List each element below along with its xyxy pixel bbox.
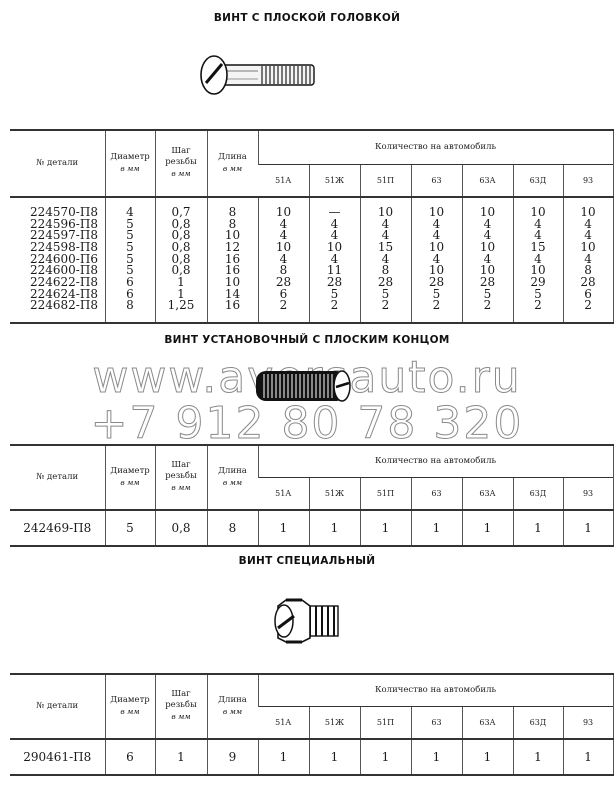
header-qty-per-vehicle: Количество на автомобиль (258, 445, 613, 477)
header-model: 51П (360, 706, 411, 739)
header-part-no: № детали (10, 130, 105, 197)
qty-column: 104410482862 (563, 197, 613, 323)
header-model: 51А (258, 706, 309, 739)
qty-column: 104410482862 (258, 197, 309, 323)
qty: 1 (411, 739, 462, 775)
slotted-flat-head-screw-icon (196, 52, 322, 102)
special-screw-icon (270, 598, 342, 648)
header-qty-per-vehicle: Количество на автомобиль (258, 130, 613, 164)
table-cell: 16 (208, 300, 258, 312)
length: 9 (207, 739, 258, 775)
qty: 1 (258, 739, 309, 775)
thread-pitch: 0,8 (155, 510, 207, 546)
diameter-column: 455555668 (105, 197, 155, 323)
diameter: 5 (105, 510, 155, 546)
pitch-column: 0,70,80,80,80,80,8111,25 (155, 197, 207, 323)
part-number: 242469-П8 (10, 510, 105, 546)
section-title-set-screw: ВИНТ УСТАНОВОЧНЫЙ С ПЛОСКИМ КОНЦОМ (0, 334, 614, 346)
header-model: 51А (258, 164, 309, 197)
qty-column: 1044104102852 (411, 197, 462, 323)
header-diameter: Диаметрв мм (105, 674, 155, 739)
table-cell: 2 (564, 300, 613, 312)
table-row: 242469-П8 5 0,8 8 1 1 1 1 1 1 1 (10, 510, 613, 546)
header-model: 63А (462, 706, 513, 739)
header-model: 51Ж (309, 164, 360, 197)
table-cell: 1,25 (156, 300, 207, 312)
header-model: 63 (411, 164, 462, 197)
qty-column: 1044104102852 (462, 197, 513, 323)
header-qty-per-vehicle: Количество на автомобиль (258, 674, 613, 706)
diameter: 6 (105, 739, 155, 775)
table-cell: 2 (361, 300, 411, 312)
header-diameter: Диаметрв мм (105, 445, 155, 510)
qty: 1 (563, 739, 613, 775)
qty-column: 1044154102952 (513, 197, 563, 323)
header-model: 93 (563, 477, 613, 510)
header-model: 63А (462, 164, 513, 197)
header-model: 63Д (513, 706, 563, 739)
header-length: Длинав мм (207, 130, 258, 197)
part-number: 290461-П8 (10, 739, 105, 775)
header-model: 51П (360, 477, 411, 510)
header-thread-pitch: Шагрезьбыв мм (155, 130, 207, 197)
qty: 1 (411, 510, 462, 546)
header-model: 63Д (513, 477, 563, 510)
length-column: 8810121616101416 (207, 197, 258, 323)
table-cell: 2 (514, 300, 563, 312)
table-row: 290461-П8 6 1 9 1 1 1 1 1 1 1 (10, 739, 613, 775)
qty: 1 (513, 510, 563, 546)
header-model: 63А (462, 477, 513, 510)
header-length: Длинав мм (207, 674, 258, 739)
header-model: 63Д (513, 164, 563, 197)
header-diameter: Диаметрв мм (105, 130, 155, 197)
header-model: 51Ж (309, 706, 360, 739)
qty: 1 (513, 739, 563, 775)
table-cell: 2 (310, 300, 360, 312)
qty: 1 (462, 739, 513, 775)
thread-pitch: 1 (155, 739, 207, 775)
header-model: 63 (411, 477, 462, 510)
qty-column: 104415482852 (360, 197, 411, 323)
screw-spec-table-1: № детали Диаметрв мм Шагрезьбыв мм Длина… (10, 129, 614, 324)
header-thread-pitch: Шагрезьбыв мм (155, 445, 207, 510)
qty: 1 (360, 739, 411, 775)
table-cell: 224682-П8 (30, 300, 105, 312)
qty: 1 (360, 510, 411, 546)
section-title-flat-head-screw: ВИНТ С ПЛОСКОЙ ГОЛОВКОЙ (0, 12, 614, 24)
qty: 1 (309, 510, 360, 546)
screw-spec-table-3: № детали Диаметрв мм Шагрезьбыв мм Длина… (10, 673, 614, 776)
flat-point-set-screw-icon (252, 365, 354, 411)
header-model: 51А (258, 477, 309, 510)
table-cell: 2 (259, 300, 309, 312)
header-model: 93 (563, 706, 613, 739)
qty-column: —44104112852 (309, 197, 360, 323)
qty: 1 (563, 510, 613, 546)
header-model: 93 (563, 164, 613, 197)
qty: 1 (309, 739, 360, 775)
table-cell: 2 (412, 300, 462, 312)
qty: 1 (258, 510, 309, 546)
header-thread-pitch: Шагрезьбыв мм (155, 674, 207, 739)
qty: 1 (462, 510, 513, 546)
table-row-group: 224570-П8224596-П8224597-П8224598-П82246… (10, 197, 613, 323)
screw-spec-table-2: № детали Диаметрв мм Шагрезьбыв мм Длина… (10, 444, 614, 547)
section-title-special-screw: ВИНТ СПЕЦИАЛЬНЫЙ (0, 555, 614, 567)
part-number-column: 224570-П8224596-П8224597-П8224598-П82246… (10, 197, 105, 323)
header-model: 63 (411, 706, 462, 739)
header-length: Длинав мм (207, 445, 258, 510)
header-part-no: № детали (10, 674, 105, 739)
table-cell: 2 (463, 300, 513, 312)
table-cell: 8 (106, 300, 155, 312)
length: 8 (207, 510, 258, 546)
header-model: 51Ж (309, 477, 360, 510)
header-part-no: № детали (10, 445, 105, 510)
header-model: 51П (360, 164, 411, 197)
